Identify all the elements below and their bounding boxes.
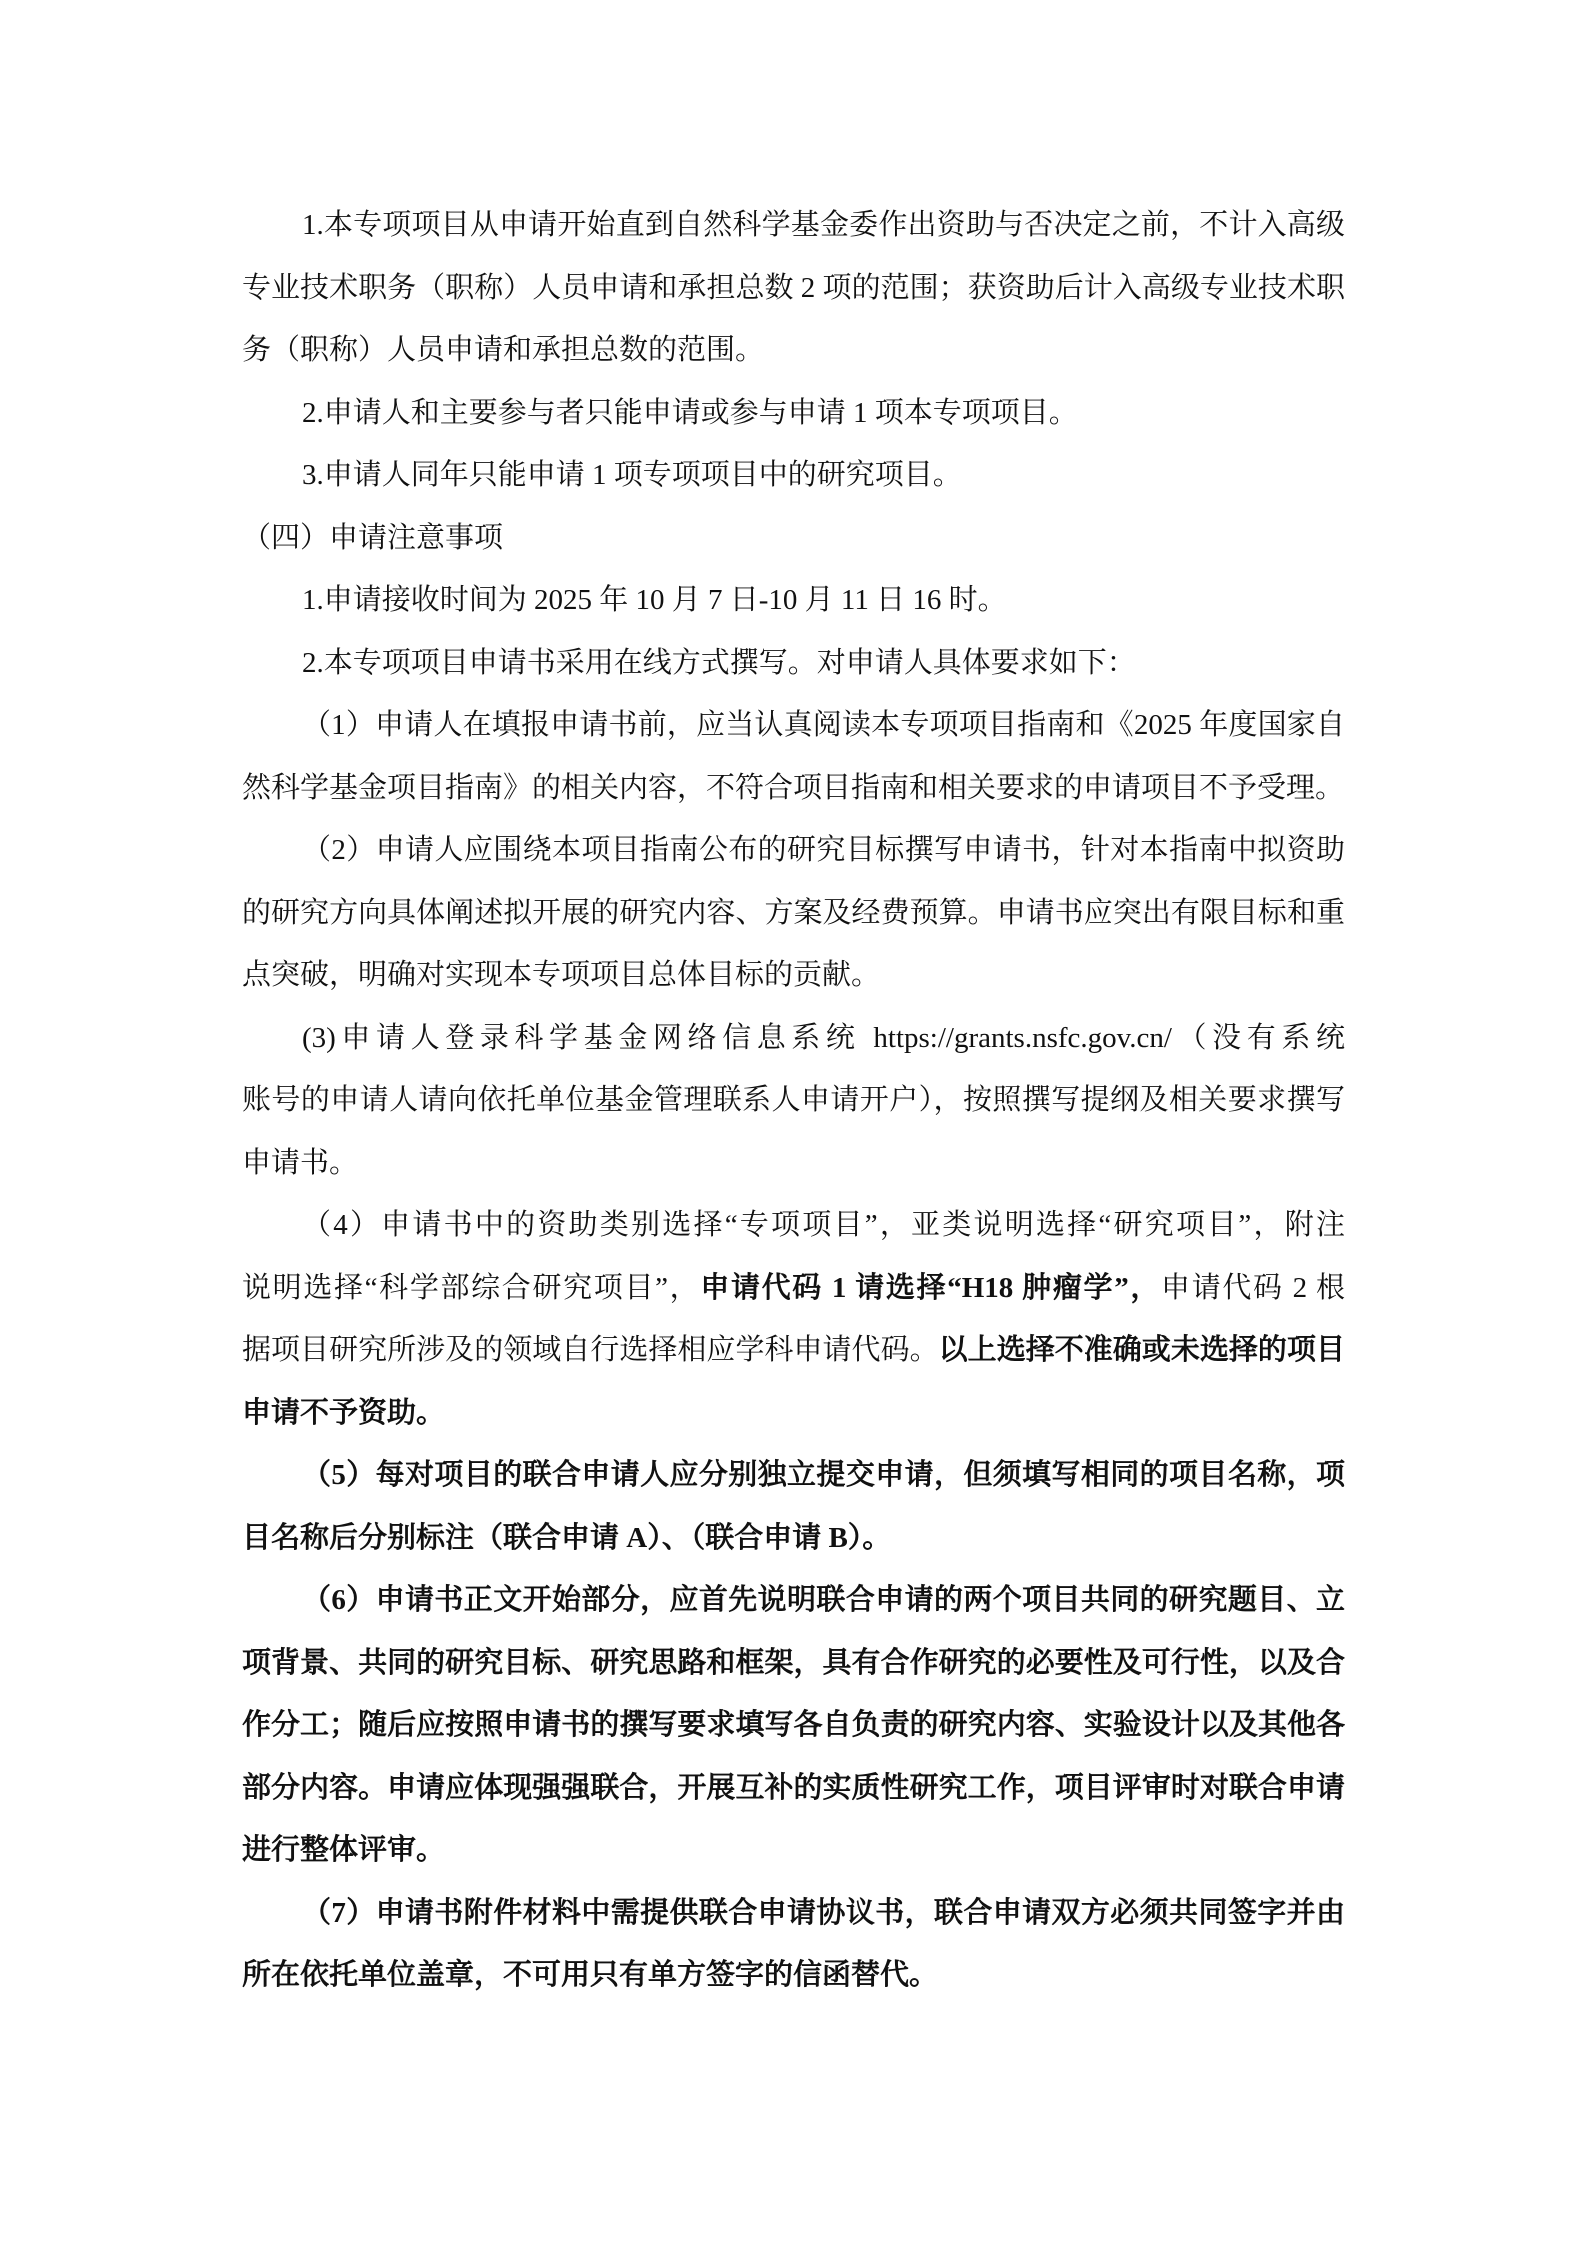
notice-2-paragraph: 2.本专项项目申请书采用在线方式撰写。对申请人具体要求如下： xyxy=(242,632,1345,695)
text-line: 据项目研究所涉及的领域自行选择相应学科申请代码。以上选择不准确或未选择的项目 xyxy=(242,1319,1345,1382)
text-line: 2.申请人和主要参与者只能申请或参与申请 1 项本专项项目。 xyxy=(242,382,1345,445)
bold-warning: 以上选择不准确或未选择的项目 xyxy=(939,1334,1345,1366)
requirement-6-paragraph: （6）申请书正文开始部分，应首先说明联合申请的两个项目共同的研究题目、立 项背景… xyxy=(242,1569,1345,1882)
rule-3-paragraph: 3.申请人同年只能申请 1 项专项项目中的研究项目。 xyxy=(242,444,1345,507)
text-segment: 说明选择“科学部综合研究项目”， xyxy=(242,1272,700,1304)
text-line: 申请书。 xyxy=(242,1132,1345,1195)
text-line: 专业技术职务（职称）人员申请和承担总数 2 项的范围；获资助后计入高级专业技术职 xyxy=(242,257,1345,320)
document-body: 1.本专项项目从申请开始直到自然科学基金委作出资助与否决定之前，不计入高级 专业… xyxy=(242,194,1345,2007)
text-line: 2.本专项项目申请书采用在线方式撰写。对申请人具体要求如下： xyxy=(242,632,1345,695)
text-line: 项背景、共同的研究目标、研究思路和框架，具有合作研究的必要性及可行性，以及合 xyxy=(242,1632,1345,1695)
text-line: （7）申请书附件材料中需提供联合申请协议书，联合申请双方必须共同签字并由 xyxy=(242,1882,1345,1945)
requirement-5-paragraph: （5）每对项目的联合申请人应分别独立提交申请，但须填写相同的项目名称，项 目名称… xyxy=(242,1444,1345,1569)
requirement-4-paragraph: （4）申请书中的资助类别选择“专项项目”，亚类说明选择“研究项目”，附注 说明选… xyxy=(242,1194,1345,1444)
text-line: 然科学基金项目指南》的相关内容，不符合项目指南和相关要求的申请项目不予受理。 xyxy=(242,757,1345,820)
text-line: 说明选择“科学部综合研究项目”，申请代码 1 请选择“H18 肿瘤学”，申请代码… xyxy=(242,1257,1345,1320)
requirement-3-paragraph: (3)申请人登录科学基金网络信息系统 https://grants.nsfc.g… xyxy=(242,1007,1345,1195)
text-line: （1）申请人在填报申请书前，应当认真阅读本专项项目指南和《2025 年度国家自 xyxy=(242,694,1345,757)
section-heading-text: （四）申请注意事项 xyxy=(242,507,1345,570)
text-line: 1.本专项项目从申请开始直到自然科学基金委作出资助与否决定之前，不计入高级 xyxy=(242,194,1345,257)
text-line: 目名称后分别标注（联合申请 A）、（联合申请 B）。 xyxy=(242,1507,1345,1570)
text-line: 点突破，明确对实现本专项项目总体目标的贡献。 xyxy=(242,944,1345,1007)
rule-2-paragraph: 2.申请人和主要参与者只能申请或参与申请 1 项本专项项目。 xyxy=(242,382,1345,445)
section-heading: （四）申请注意事项 xyxy=(242,507,1345,570)
document-page: 1.本专项项目从申请开始直到自然科学基金委作出资助与否决定之前，不计入高级 专业… xyxy=(0,0,1587,2245)
text-line: 部分内容。申请应体现强强联合，开展互补的实质性研究工作，项目评审时对联合申请 xyxy=(242,1757,1345,1820)
notice-1-paragraph: 1.申请接收时间为 2025 年 10 月 7 日-10 月 11 日 16 时… xyxy=(242,569,1345,632)
text-segment: 申请代码 2 根 xyxy=(1161,1272,1345,1304)
bold-application-code-note: 申请代码 1 请选择“H18 肿瘤学”， xyxy=(700,1272,1161,1304)
text-line: 的研究方向具体阐述拟开展的研究内容、方案及经费预算。申请书应突出有限目标和重 xyxy=(242,882,1345,945)
text-line: 进行整体评审。 xyxy=(242,1819,1345,1882)
text-line: 所在依托单位盖章，不可用只有单方签字的信函替代。 xyxy=(242,1944,1345,2007)
text-line: (3)申请人登录科学基金网络信息系统 https://grants.nsfc.g… xyxy=(242,1007,1345,1070)
text-line: （6）申请书正文开始部分，应首先说明联合申请的两个项目共同的研究题目、立 xyxy=(242,1569,1345,1632)
text-line: 作分工；随后应按照申请书的撰写要求填写各自负责的研究内容、实验设计以及其他各 xyxy=(242,1694,1345,1757)
text-segment: 据项目研究所涉及的领域自行选择相应学科申请代码。 xyxy=(242,1334,939,1366)
requirement-2-paragraph: （2）申请人应围绕本项目指南公布的研究目标撰写申请书，针对本指南中拟资助 的研究… xyxy=(242,819,1345,1007)
text-segment: （没有系统 xyxy=(1172,1022,1345,1054)
text-line: （2）申请人应围绕本项目指南公布的研究目标撰写申请书，针对本指南中拟资助 xyxy=(242,819,1345,882)
text-line: （4）申请书中的资助类别选择“专项项目”，亚类说明选择“研究项目”，附注 xyxy=(242,1194,1345,1257)
text-line: 1.申请接收时间为 2025 年 10 月 7 日-10 月 11 日 16 时… xyxy=(242,569,1345,632)
requirement-1-paragraph: （1）申请人在填报申请书前，应当认真阅读本专项项目指南和《2025 年度国家自 … xyxy=(242,694,1345,819)
nsfc-grants-url: https://grants.nsfc.gov.cn/ xyxy=(873,1022,1172,1054)
text-line: 务（职称）人员申请和承担总数的范围。 xyxy=(242,319,1345,382)
requirement-7-paragraph: （7）申请书附件材料中需提供联合申请协议书，联合申请双方必须共同签字并由 所在依… xyxy=(242,1882,1345,2007)
bold-warning: 申请不予资助。 xyxy=(242,1382,1345,1445)
rule-1-paragraph: 1.本专项项目从申请开始直到自然科学基金委作出资助与否决定之前，不计入高级 专业… xyxy=(242,194,1345,382)
text-line: 3.申请人同年只能申请 1 项专项项目中的研究项目。 xyxy=(242,444,1345,507)
text-line: （5）每对项目的联合申请人应分别独立提交申请，但须填写相同的项目名称，项 xyxy=(242,1444,1345,1507)
text-line: 账号的申请人请向依托单位基金管理联系人申请开户），按照撰写提纲及相关要求撰写 xyxy=(242,1069,1345,1132)
text-segment: (3)申请人登录科学基金网络信息系统 xyxy=(302,1022,873,1054)
